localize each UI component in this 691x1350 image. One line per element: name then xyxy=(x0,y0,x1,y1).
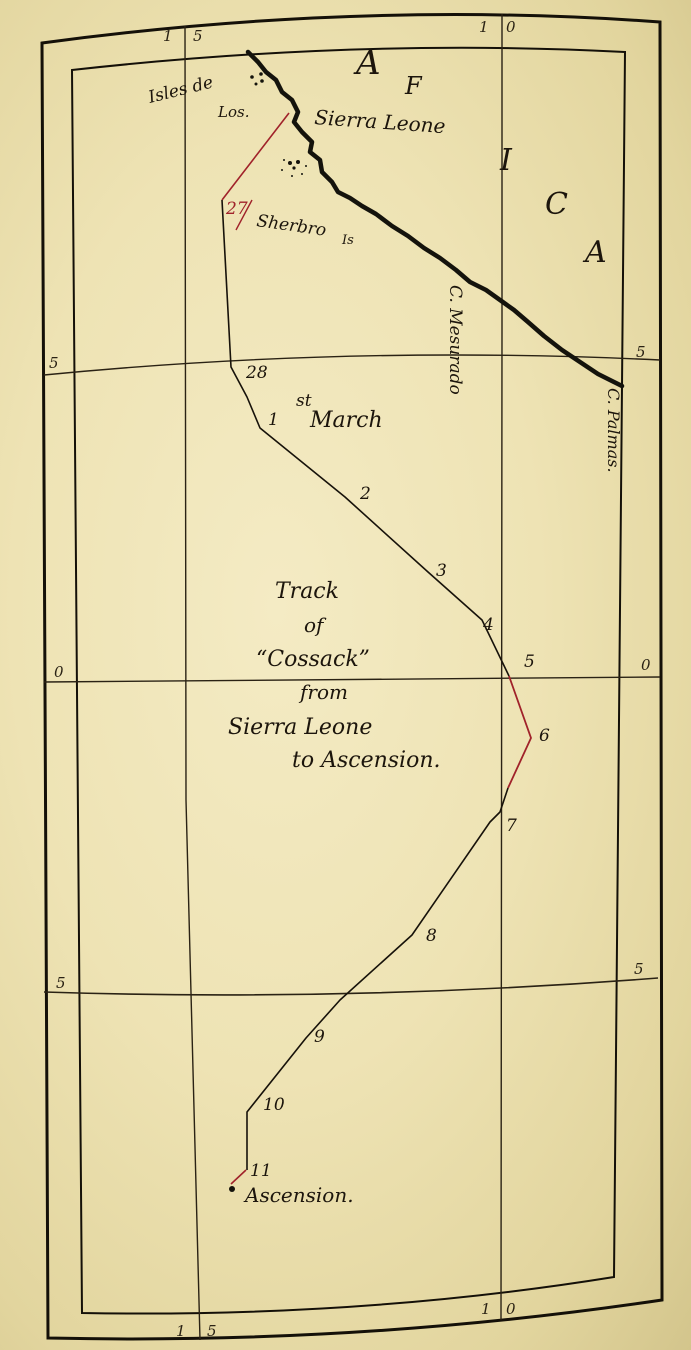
day-label-7: 7 xyxy=(506,816,517,836)
label-0-right: 0 xyxy=(641,656,651,674)
parallel-5s xyxy=(44,978,658,995)
label-0-left: 0 xyxy=(54,663,64,681)
svg-text:Sierra Leone: Sierra Leone xyxy=(228,715,372,740)
day-label-11: 11 xyxy=(250,1161,272,1181)
label-c-mesurado: C. Mesurado xyxy=(445,285,465,395)
label-5n-left: 5 xyxy=(49,354,59,372)
label-10w-bottom-1: 1 xyxy=(481,1300,491,1318)
track-red-end xyxy=(231,1170,246,1184)
chart-map: 1 5 1 0 1 5 1 0 5 5 0 0 5 5 A F I C A Is… xyxy=(0,0,691,1350)
svg-text:A: A xyxy=(582,235,607,270)
track-red-start xyxy=(222,113,289,200)
meridian-10w xyxy=(501,14,502,1320)
day-label-27: 27 xyxy=(225,199,248,219)
day-label-9: 9 xyxy=(314,1027,325,1047)
parallel-equator xyxy=(44,677,660,682)
label-10w-top-2: 0 xyxy=(506,18,516,36)
day-label-8: 8 xyxy=(426,926,437,946)
label-sierra-leone: Sierra Leone xyxy=(314,105,447,138)
day-label-28: 28 xyxy=(245,363,268,383)
label-5n-right: 5 xyxy=(636,343,646,361)
label-sherbro: Sherbro xyxy=(255,211,327,241)
meridian-15w xyxy=(185,26,200,1340)
label-10w-bottom-2: 0 xyxy=(506,1300,516,1318)
svg-text:F: F xyxy=(404,72,423,100)
day-label-5: 5 xyxy=(524,652,535,672)
isles-de-los-dots xyxy=(250,72,264,85)
svg-text:to Ascension.: to Ascension. xyxy=(292,748,441,773)
svg-text:C: C xyxy=(545,187,568,222)
day-label-6: 6 xyxy=(539,726,550,746)
track-red-5-to-6 xyxy=(508,676,531,788)
svg-text:of: of xyxy=(304,613,327,637)
sherbro-island-dots xyxy=(281,159,307,177)
svg-text:“Cossack”: “Cossack” xyxy=(256,647,370,672)
label-sherbro-is: Is xyxy=(341,233,354,248)
day-label-3: 3 xyxy=(436,561,447,581)
day-label-4: 4 xyxy=(482,615,494,635)
svg-text:A: A xyxy=(353,43,381,83)
label-10w-top-1: 1 xyxy=(479,18,489,36)
ascension-island-dot xyxy=(229,1186,235,1192)
svg-text:Track: Track xyxy=(275,579,339,604)
label-5s-right: 5 xyxy=(634,960,644,978)
svg-text:I: I xyxy=(499,143,513,178)
label-15w-bottom-2: 5 xyxy=(207,1322,217,1340)
label-isles-de-los-line1: Isles de xyxy=(145,72,215,108)
svg-text:from: from xyxy=(298,680,348,704)
outer-border xyxy=(42,15,662,1339)
label-15w-top-2: 5 xyxy=(193,27,203,45)
map-page: 1 5 1 0 1 5 1 0 5 5 0 0 5 5 A F I C A Is… xyxy=(0,0,691,1350)
label-ascension: Ascension. xyxy=(243,1183,354,1207)
label-5s-left: 5 xyxy=(56,974,66,992)
day-label-march: March xyxy=(309,408,383,433)
label-15w-top-1: 1 xyxy=(163,27,173,45)
label-isles-de-los-line2: Los. xyxy=(217,103,249,121)
day-label-10: 10 xyxy=(263,1095,285,1115)
parallel-5n xyxy=(44,355,660,375)
day-label-1: 1 xyxy=(268,410,279,430)
africa-label: A F I C A xyxy=(353,43,607,270)
day-label-2: 2 xyxy=(359,484,371,504)
label-c-palmas: C. Palmas. xyxy=(604,388,623,473)
label-15w-bottom-1: 1 xyxy=(176,1322,186,1340)
map-title: Track of “Cossack” from Sierra Leone to … xyxy=(228,579,441,773)
